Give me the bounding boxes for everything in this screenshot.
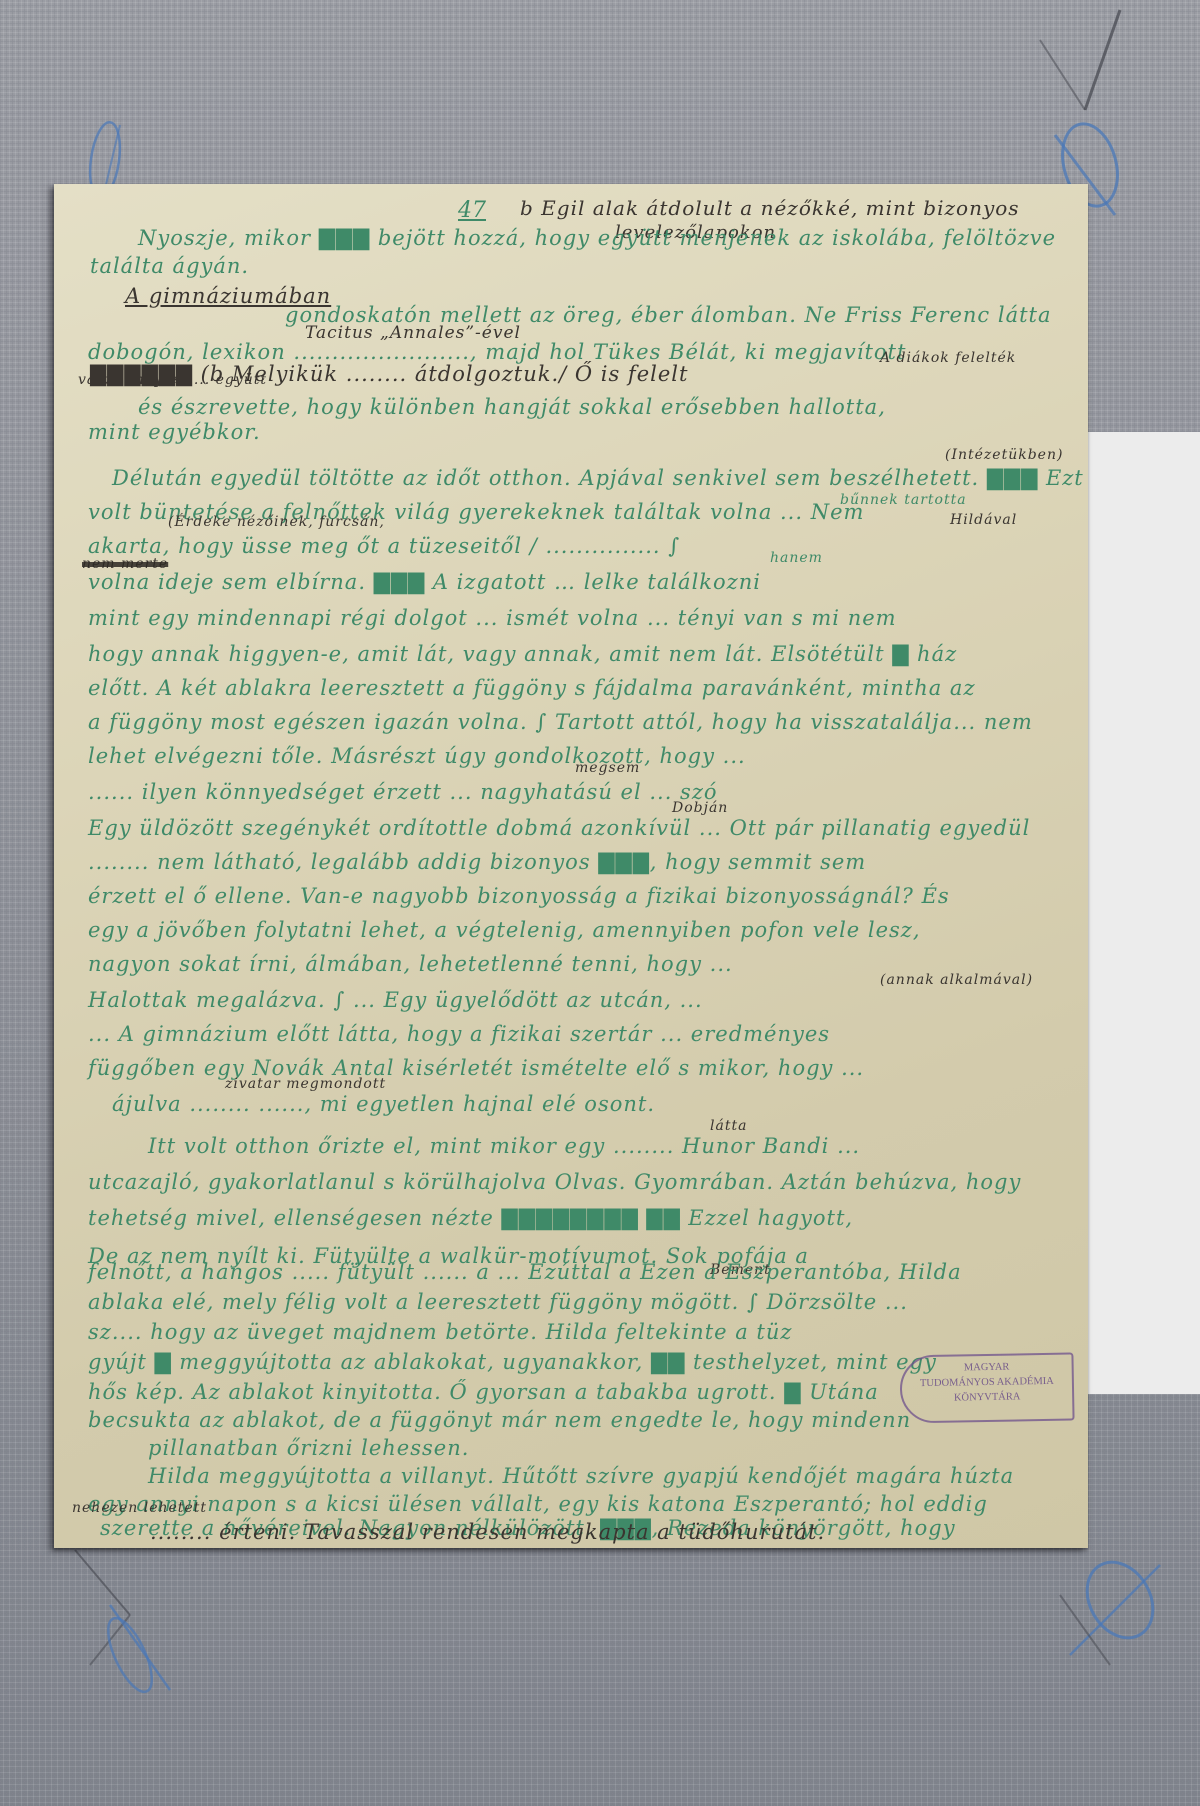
manuscript-line: mint egy mindennapi régi dolgot ... ismé… (88, 606, 897, 630)
manuscript-line: becsukta az ablakot, de a függönyt már n… (88, 1408, 911, 1432)
manuscript-line: (Intézetükben) (945, 447, 1063, 463)
manuscript-line: függőben egy Novák Antal kisérletét ismé… (88, 1056, 864, 1080)
manuscript-line: tehetség mivel, ellenségesen nézte ▇▇▇▇▇… (88, 1206, 853, 1230)
manuscript-line: érzett el ő ellene. Van-e nagyobb bizony… (88, 884, 950, 908)
manuscript-line: ▇▇▇▇▇▇ (b Melyikük ........ átdolgoztuk.… (90, 362, 688, 386)
manuscript-line: egy a jövőben folytatni lehet, a végtele… (88, 918, 921, 942)
manuscript-line: Hildával (950, 512, 1017, 528)
manuscript-line: zivatar megmondott (225, 1076, 386, 1092)
manuscript-line: találta ágyán. (90, 254, 249, 278)
manuscript-line: hős kép. Az ablakot kinyitotta. Ő gyorsa… (88, 1380, 879, 1404)
white-backing-panel (1086, 432, 1200, 1394)
manuscript-line: gyújt ▇ meggyújtotta az ablakokat, ugyan… (88, 1350, 937, 1374)
manuscript-line: Délután egyedül töltötte az időt otthon.… (112, 466, 1084, 490)
manuscript-line: (Érdeke nézőinek, furcsán, (168, 514, 385, 530)
manuscript-line: felnőtt, a hangos ..... fütyült ...... a… (88, 1260, 962, 1284)
manuscript-line: ........ nem látható, legalább addig biz… (88, 850, 866, 874)
manuscript-line: utcazajló, gyakorlatlanul s körülhajolva… (88, 1170, 1021, 1194)
manuscript-line: b Egil alak átdolult a nézőkké, mint biz… (520, 196, 1020, 220)
corner-mark-bottom-right (1040, 1545, 1190, 1685)
manuscript-line: Dobján (672, 800, 728, 816)
stamp-line: TUDOMÁNYOS AKADÉMIA (902, 1374, 1072, 1392)
manuscript-line: Nyoszje, mikor ▇▇▇ bejött hozzá, hogy eg… (138, 226, 1056, 250)
manuscript-line: sz.... hogy az üveget majdnem betörte. H… (88, 1320, 792, 1344)
manuscript-line: látta (710, 1118, 747, 1134)
library-stamp: MAGYAR TUDOMÁNYOS AKADÉMIA KÖNYVTÁRA (899, 1352, 1074, 1423)
manuscript-line: ájulva ........ ......, mi egyetlen hajn… (112, 1092, 655, 1116)
manuscript-line: ...... ilyen könnyedséget érzett ... nag… (88, 780, 718, 804)
manuscript-line: (annak alkalmával) (880, 972, 1033, 988)
page-number: 47 (458, 198, 486, 223)
manuscript-line: A diákok felelték (880, 350, 1016, 366)
manuscript-line: ... A gimnázium előtt látta, hogy a fizi… (88, 1022, 830, 1046)
manuscript-line: Halottak megalázva. ∫ ... Egy ügyelődött… (88, 988, 703, 1012)
manuscript-line: mint egyébkor. (88, 420, 261, 444)
manuscript-line: Egy üldözött szegénykét ordítottle dobmá… (88, 816, 1030, 840)
manuscript-line: a függöny most egészen igazán volna. ∫ T… (88, 710, 1033, 734)
manuscript-line: Hilda meggyújtotta a villanyt. Hűtőtt sz… (148, 1464, 1014, 1488)
manuscript-line: megsem (575, 760, 640, 776)
manuscript-line: hanem (770, 550, 823, 566)
manuscript-line: lehet elvégezni tőle. Másrészt úgy gondo… (88, 744, 746, 768)
manuscript-line: hogy annak higgyen-e, amit lát, vagy ann… (88, 642, 957, 666)
manuscript-line: pillanatban őrizni lehessen. (148, 1436, 469, 1460)
manuscript-line: előtt. A két ablakra leeresztett a függö… (88, 676, 976, 700)
manuscript-line: akarta, hogy üsse meg őt a tüzeseitől / … (88, 534, 680, 558)
manuscript-line: dobogón, lexikon .......................… (88, 340, 906, 364)
corner-mark-bottom-left (50, 1545, 190, 1715)
manuscript-line: és észrevette, hogy különben hangját sok… (138, 395, 886, 419)
manuscript-line: Itt volt otthon őrizte el, mint mikor eg… (148, 1134, 860, 1158)
manuscript-line: ........ érteni. Tavasszal rendesen megk… (150, 1520, 825, 1544)
manuscript-line: ablaka elé, mely félig volt a leeresztet… (88, 1290, 908, 1314)
manuscript-line: nehezen lehetett (72, 1500, 207, 1516)
manuscript-line: egy annyi napon s a kicsi ülésen vállalt… (88, 1492, 988, 1516)
stamp-line: KÖNYVTÁRA (902, 1389, 1072, 1407)
manuscript-line: volna ideje sem elbírna. ▇▇▇ A izgatott … (88, 570, 761, 594)
manuscript-line: nagyon sokat írni, álmában, lehetetlenné… (88, 952, 733, 976)
